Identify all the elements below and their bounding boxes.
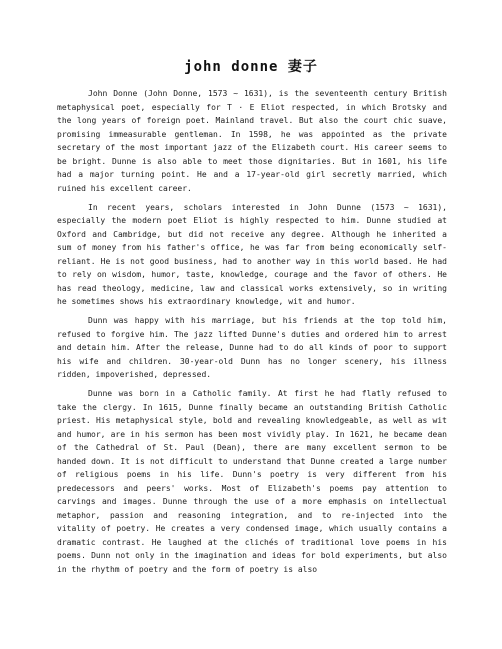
paragraph-catholic: Dunne was born in a Catholic family. At …: [57, 387, 447, 576]
paragraph-scholars: In recent years, scholars interested in …: [57, 201, 447, 309]
document-title: john donne 妻子: [0, 57, 502, 77]
document-page: john donne 妻子 John Donne (John Donne, 15…: [0, 0, 502, 649]
document-body: John Donne (John Donne, 1573 ~ 1631), is…: [57, 87, 447, 582]
paragraph-intro: John Donne (John Donne, 1573 ~ 1631), is…: [57, 87, 447, 195]
paragraph-marriage: Dunn was happy with his marriage, but hi…: [57, 314, 447, 382]
